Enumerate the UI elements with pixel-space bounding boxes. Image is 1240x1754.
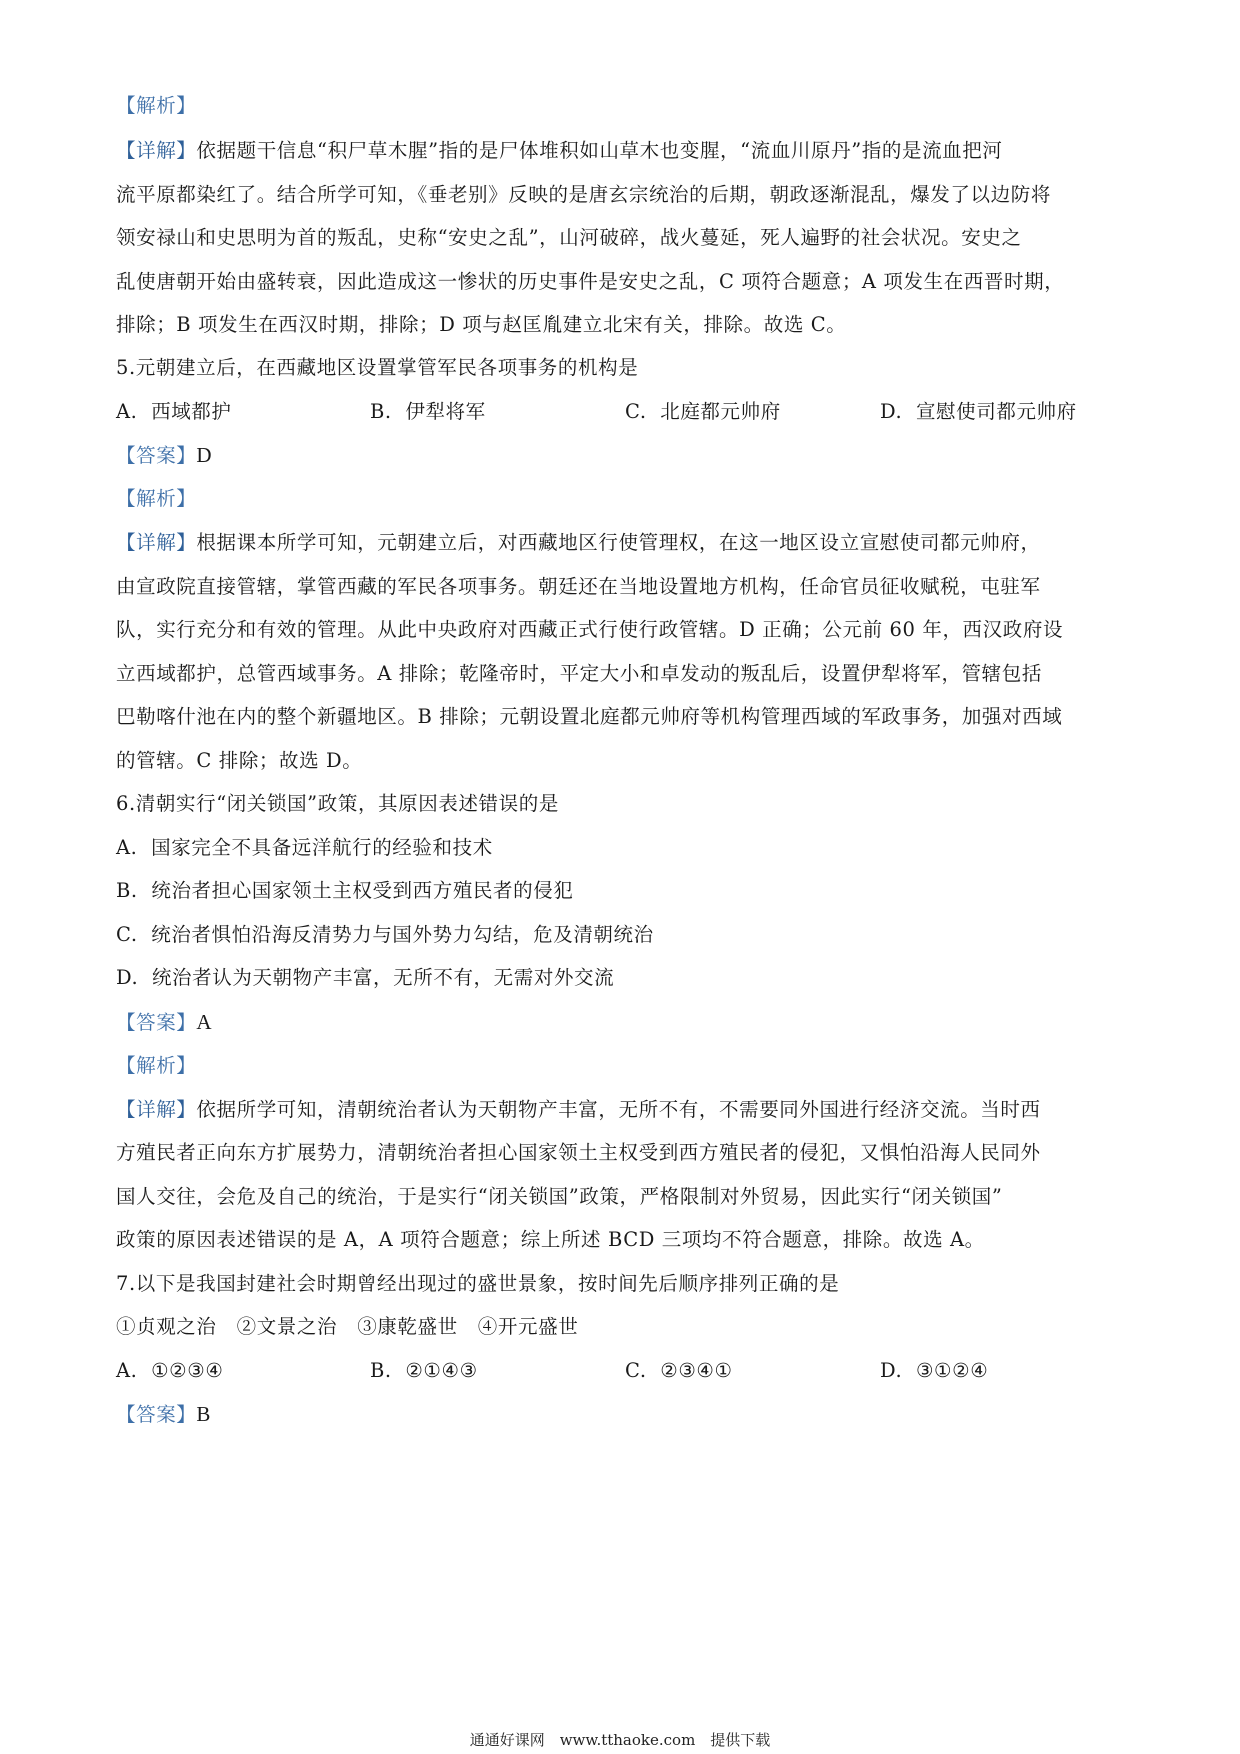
q5-option-b: B. 伊犁将军: [370, 398, 486, 426]
q7-option-a: A. ①②③④: [116, 1357, 223, 1385]
q6-analysis-label: 【解析】: [116, 1052, 1126, 1080]
q7-option-c: C. ②③④①: [625, 1357, 733, 1385]
q5-option-d: D. 宣慰使司都元帅府: [880, 398, 1077, 426]
q5-detail-line-4: 立西域都护，总管西域事务。A 排除；乾隆帝时，平定大小和卓发动的叛乱后，设置伊犁…: [116, 660, 1126, 688]
q7-stem: 7.以下是我国封建社会时期曾经出现过的盛世景象，按时间先后顺序排列正确的是: [116, 1270, 1126, 1298]
footer-watermark: 通通好课网 www.tthaoke.com 提供下载: [0, 1730, 1240, 1750]
q5-analysis-label: 【解析】: [116, 485, 1126, 513]
q6-detail-line-2: 方殖民者正向东方扩展势力，清朝统治者担心国家领土主权受到西方殖民者的侵犯，又惧怕…: [116, 1139, 1126, 1167]
detail-label: 【详解】: [116, 139, 196, 162]
q6-detail-line-3: 国人交往，会危及自己的统治，于是实行“闭关锁国”政策，严格限制对外贸易，因此实行…: [116, 1183, 1126, 1211]
q6-answer: 【答案】A: [116, 1008, 1126, 1037]
q6-option-c: C. 统治者惧怕沿海反清势力与国外势力勾结，危及清朝统治: [116, 921, 1126, 949]
q5-detail-line-6: 的管辖。C 排除；故选 D。: [116, 747, 1126, 775]
q5-detail-line-1: 【详解】根据课本所学可知，元朝建立后，对西藏地区行使管理权，在这一地区设立宣慰使…: [116, 529, 1126, 557]
q5-answer: 【答案】D: [116, 441, 1126, 470]
q5-stem: 5.元朝建立后，在西藏地区设置掌管军民各项事务的机构是: [116, 354, 1126, 382]
q7-option-b: B. ②①④③: [370, 1357, 478, 1385]
q4-detail-line-1: 【详解】依据题干信息“积尸草木腥”指的是尸体堆积如山草木也变腥，“流血川原丹”指…: [116, 137, 1126, 165]
q6-stem: 6.清朝实行“闭关锁国”政策，其原因表述错误的是: [116, 790, 1126, 818]
q6-option-b: B. 统治者担心国家领土主权受到西方殖民者的侵犯: [116, 877, 1126, 905]
q5-option-c: C. 北庭都元帅府: [625, 398, 781, 426]
q4-detail-line-3: 领安禄山和史思明为首的叛乱，史称“安史之乱”，山河破碎，战火蔓延，死人遍野的社会…: [116, 224, 1126, 252]
q4-detail-line-2: 流平原都染红了。结合所学可知，《垂老别》反映的是唐玄宗统治的后期，朝政逐渐混乱，…: [116, 181, 1126, 209]
q7-answer: 【答案】B: [116, 1400, 1126, 1429]
q7-items: ①贞观之治 ②文景之治 ③康乾盛世 ④开元盛世: [116, 1313, 1126, 1341]
q6-detail-line-1: 【详解】依据所学可知，清朝统治者认为天朝物产丰富，无所不有，不需要同外国进行经济…: [116, 1096, 1126, 1124]
q5-detail-line-5: 巴勒喀什池在内的整个新疆地区。B 排除；元朝设置北庭都元帅府等机构管理西域的军政…: [116, 703, 1126, 731]
document-page: 【解析】 【详解】依据题干信息“积尸草木腥”指的是尸体堆积如山草木也变腥，“流血…: [0, 0, 1240, 1754]
q7-option-d: D. ③①②④: [880, 1357, 988, 1385]
q6-option-d: D. 统治者认为天朝物产丰富，无所不有，无需对外交流: [116, 964, 1126, 992]
q4-detail-line-4: 乱使唐朝开始由盛转衰，因此造成这一惨状的历史事件是安史之乱，C 项符合题意；A …: [116, 268, 1126, 296]
q4-detail-line-5: 排除；B 项发生在西汉时期，排除；D 项与赵匡胤建立北宋有关，排除。故选 C。: [116, 311, 1126, 339]
analysis-label: 【解析】: [116, 92, 1126, 120]
q6-detail-line-4: 政策的原因表述错误的是 A，A 项符合题意；综上所述 BCD 三项均不符合题意，…: [116, 1226, 1126, 1254]
q5-option-a: A. 西域都护: [116, 398, 232, 426]
q5-detail-line-3: 队，实行充分和有效的管理。从此中央政府对西藏正式行使行政管辖。D 正确；公元前 …: [116, 616, 1126, 644]
q6-option-a: A. 国家完全不具备远洋航行的经验和技术: [116, 834, 1126, 862]
q5-detail-line-2: 由宣政院直接管辖，掌管西藏的军民各项事务。朝廷还在当地设置地方机构，任命官员征收…: [116, 573, 1126, 601]
